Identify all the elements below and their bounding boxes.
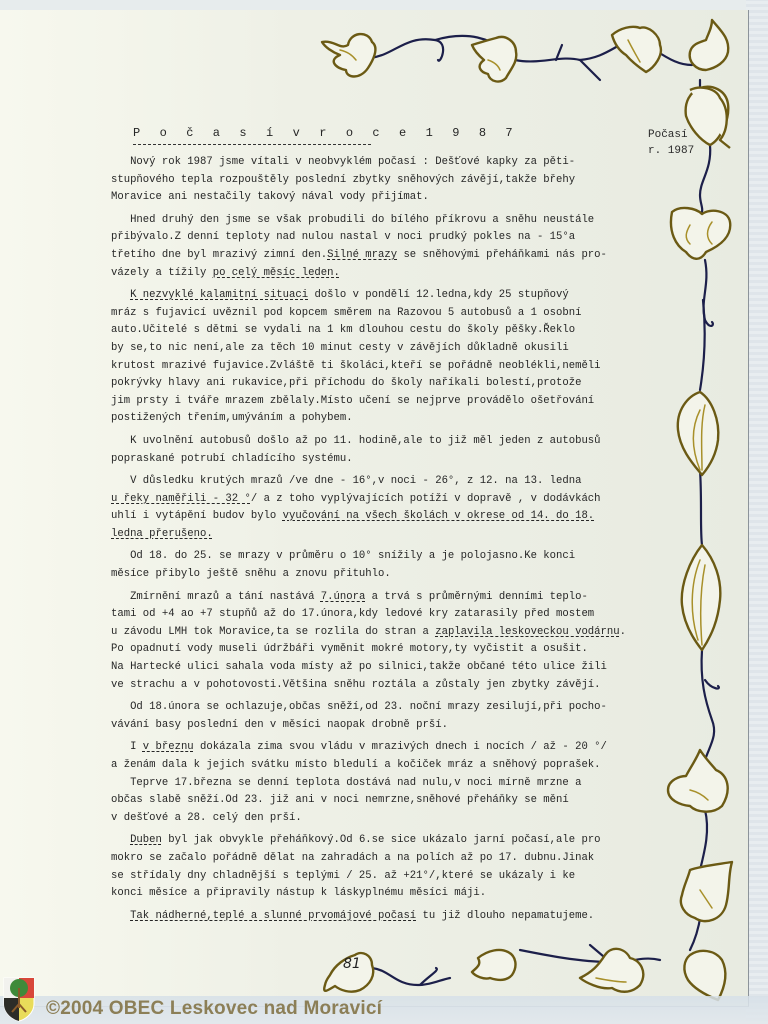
margin-note-line-2: r. 1987 (648, 143, 694, 159)
page-number: 81 (343, 956, 361, 972)
text-segment: Na Hartecké ulici sahala voda místy až p… (111, 661, 607, 673)
text-segment: jim prsty i tváře mrazem zbělaly.Místo u… (111, 395, 594, 407)
margin-note-line-1: Počasí (648, 127, 694, 143)
text-line: uhlí i vytápění budov bylo vyučování na … (111, 508, 651, 526)
underlined-phrase: ledna přerušeno. (111, 528, 213, 540)
text-segment: tami od +4 ao +7 stupňů až do 17.února,k… (111, 608, 594, 620)
text-segment: Od 18. do 25. se mrazy v průměru o 10° s… (111, 550, 575, 562)
underlined-phrase: vyučování na všech školách v okrese od 1… (283, 510, 595, 522)
text-line: Zmírnění mrazů a tání nastává 7.února a … (111, 589, 651, 607)
text-segment: Moravice ani nestačily takový nával vody… (111, 191, 429, 203)
text-line: Na Hartecké ulici sahala voda místy až p… (111, 659, 651, 677)
paragraph: K nezvyklé kalamitní situaci došlo v pon… (111, 287, 651, 428)
text-line: mokro se začalo pořádně dělat na zahradá… (111, 850, 651, 868)
text-segment: v dešťové a 28. celý den prší. (111, 812, 302, 824)
title-underline (133, 144, 371, 145)
text-line: Od 18. do 25. se mrazy v průměru o 10° s… (111, 548, 651, 566)
text-line: K nezvyklé kalamitní situaci došlo v pon… (111, 287, 651, 305)
text-line: Tak nádherné,teplé a slunné prvomájové p… (111, 908, 651, 926)
text-line: ve strachu a v pohotovosti.Většina sněhu… (111, 677, 651, 695)
text-segment (111, 289, 130, 301)
text-line: postižených třením,umýváním a pohybem. (111, 410, 651, 428)
text-line: Moravice ani nestačily takový nával vody… (111, 189, 651, 207)
paragraph: Duben byl jak obvykle přeháňkový.Od 6.se… (111, 832, 651, 902)
text-segment: / a z toho vyplývajících potíží v doprav… (251, 493, 601, 505)
underlined-phrase: po celý měsíc leden. (213, 267, 340, 279)
coat-of-arms-tree-icon (2, 974, 36, 1022)
paragraph: V důsledku krutých mrazů /ve dne - 16°,v… (111, 473, 651, 543)
text-line: Po opadnutí vody museli údržbáři vyměnit… (111, 641, 651, 659)
text-segment (111, 834, 130, 846)
text-segment: mokro se začalo pořádně dělat na zahradá… (111, 852, 594, 864)
text-line: u závodu LMH tok Moravice,ta se rozlila … (111, 624, 651, 642)
paragraph: Od 18.února se ochlazuje,občas sněží,od … (111, 699, 651, 734)
text-segment: třetího dne byl mrazivý zimní den. (111, 249, 327, 261)
text-line: tami od +4 ao +7 stupňů až do 17.února,k… (111, 606, 651, 624)
text-segment: a ženám dala k jejich svátku místo bledu… (111, 759, 601, 771)
text-segment: I (111, 741, 143, 753)
text-segment: popraskané potrubí chladícího systému. (111, 453, 353, 465)
text-line: u řeky naměřili - 32 °/ a z toho vyplýva… (111, 491, 651, 509)
text-line: a ženám dala k jejich svátku místo bledu… (111, 757, 651, 775)
text-line: K uvolnění autobusů došlo až po 11. hodi… (111, 433, 651, 451)
text-segment: se sněhovými přeháňkami nás pro- (397, 249, 607, 261)
text-line: by se,to nic není,ale za těch 10 minut c… (111, 340, 651, 358)
text-line: Teprve 17.března se denní teplota dostáv… (111, 775, 651, 793)
text-line: se střídaly dny chladnější s teplými / 2… (111, 868, 651, 886)
text-line: Od 18.února se ochlazuje,občas sněží,od … (111, 699, 651, 717)
document-title: P o č a s í v r o c e 1 9 8 7 (133, 126, 519, 140)
paragraph: I v březnu dokázala zima svou vládu v mr… (111, 739, 651, 827)
underlined-phrase: Tak nádherné,teplé a slunné prvomájové p… (130, 910, 416, 922)
text-line: popraskané potrubí chladícího systému. (111, 451, 651, 469)
text-line: vázely a tížily po celý měsíc leden. (111, 265, 651, 283)
text-segment: K uvolnění autobusů došlo až po 11. hodi… (111, 435, 601, 447)
text-line: přibývalo.Z denní teploty nad nulou nast… (111, 229, 651, 247)
text-segment: došlo v pondělí 12.ledna,kdy 25 stupňový (308, 289, 569, 301)
paragraph: Zmírnění mrazů a tání nastává 7.února a … (111, 589, 651, 695)
text-segment: pokrývky hlavy ani rukavice,při příchodu… (111, 377, 581, 389)
text-segment: měsíce přibylo ještě sněhu a znovu přitu… (111, 568, 391, 580)
text-segment: u závodu LMH tok Moravice,ta se rozlila … (111, 626, 435, 638)
text-segment: stupňového tepla rozpouštěly poslední zb… (111, 174, 575, 186)
text-line: jim prsty i tváře mrazem zbělaly.Místo u… (111, 393, 651, 411)
text-segment: Zmírnění mrazů a tání nastává (111, 591, 321, 603)
text-segment: se střídaly dny chladnější s teplými / 2… (111, 870, 575, 882)
text-segment (111, 910, 130, 922)
text-segment: Nový rok 1987 jsme vítali v neobvyklém p… (111, 156, 575, 168)
text-line: stupňového tepla rozpouštěly poslední zb… (111, 172, 651, 190)
text-segment: by se,to nic není,ale za těch 10 minut c… (111, 342, 569, 354)
paragraph: Hned druhý den jsme se však probudili do… (111, 212, 651, 282)
underlined-phrase: K nezvyklé kalamitní situaci (130, 289, 308, 301)
text-segment: tu již dlouho nepamatujeme. (416, 910, 594, 922)
text-line: V důsledku krutých mrazů /ve dne - 16°,v… (111, 473, 651, 491)
text-segment: krutost mrazivé fujavice.Zvláště ti škol… (111, 360, 601, 372)
underlined-phrase: 7.února (321, 591, 366, 603)
text-line: I v březnu dokázala zima svou vládu v mr… (111, 739, 651, 757)
text-line: občas slabě sněží.Od 23. již ani v noci … (111, 792, 651, 810)
paragraph: Nový rok 1987 jsme vítali v neobvyklém p… (111, 154, 651, 207)
underlined-phrase: u řeky naměřili - 32 ° (111, 493, 251, 505)
text-line: vávání basy poslední den v měsíci naopak… (111, 717, 651, 735)
paragraph: Tak nádherné,teplé a slunné prvomájové p… (111, 908, 651, 926)
text-segment: vávání basy poslední den v měsíci naopak… (111, 719, 448, 731)
underlined-phrase: zaplavila leskoveckou vodárnu (435, 626, 619, 638)
text-segment: Hned druhý den jsme se však probudili do… (111, 214, 594, 226)
margin-note: Počasí r. 1987 (648, 127, 694, 159)
text-segment: Od 18.února se ochlazuje,občas sněží,od … (111, 701, 607, 713)
text-line: konci měsíce a připravily nástup k lásky… (111, 885, 651, 903)
text-segment: byl jak obvykle přeháňkový.Od 6.se sice … (162, 834, 601, 846)
underlined-phrase: Silné mrazy (327, 249, 397, 261)
text-segment: ve strachu a v pohotovosti.Většina sněhu… (111, 679, 601, 691)
text-segment: Po opadnutí vody museli údržbáři vyměnit… (111, 643, 588, 655)
text-line: měsíce přibylo ještě sněhu a znovu přitu… (111, 566, 651, 584)
paragraph: Od 18. do 25. se mrazy v průměru o 10° s… (111, 548, 651, 583)
text-segment: přibývalo.Z denní teploty nad nulou nast… (111, 231, 575, 243)
text-line: v dešťové a 28. celý den prší. (111, 810, 651, 828)
text-line: Nový rok 1987 jsme vítali v neobvyklém p… (111, 154, 651, 172)
underlined-phrase: v březnu (143, 741, 194, 753)
text-line: třetího dne byl mrazivý zimní den.Silné … (111, 247, 651, 265)
text-segment: V důsledku krutých mrazů /ve dne - 16°,v… (111, 475, 581, 487)
text-segment: dokázala zima svou vládu v mrazivých dne… (194, 741, 607, 753)
text-line: ledna přerušeno. (111, 526, 651, 544)
text-line: mráz s fujavicí uvěznil pod kopcem směre… (111, 305, 651, 323)
text-segment: auto.Učitelé s dětmi se vydali na 1 km d… (111, 324, 575, 336)
copyright-watermark: ©2004 OBEC Leskovec nad Moravicí (46, 998, 382, 1020)
text-segment: konci měsíce a připravily nástup k lásky… (111, 887, 486, 899)
text-line: Duben byl jak obvykle přeháňkový.Od 6.se… (111, 832, 651, 850)
text-segment: postižených třením,umýváním a pohybem. (111, 412, 353, 424)
text-segment: a trvá s průměrnými denními teplo- (365, 591, 588, 603)
text-segment: občas slabě sněží.Od 23. již ani v noci … (111, 794, 569, 806)
text-line: pokrývky hlavy ani rukavice,při příchodu… (111, 375, 651, 393)
underlined-phrase: Duben (130, 834, 162, 846)
text-line: auto.Učitelé s dětmi se vydali na 1 km d… (111, 322, 651, 340)
text-segment: vázely a tížily (111, 267, 213, 279)
text-segment: mráz s fujavicí uvěznil pod kopcem směre… (111, 307, 581, 319)
text-segment: . (620, 626, 626, 638)
text-line: Hned druhý den jsme se však probudili do… (111, 212, 651, 230)
document-body: Nový rok 1987 jsme vítali v neobvyklém p… (111, 154, 651, 930)
text-segment: uhlí i vytápění budov bylo (111, 510, 283, 522)
paragraph: K uvolnění autobusů došlo až po 11. hodi… (111, 433, 651, 468)
text-segment: Teprve 17.března se denní teplota dostáv… (111, 777, 581, 789)
text-line: krutost mrazivé fujavice.Zvláště ti škol… (111, 358, 651, 376)
